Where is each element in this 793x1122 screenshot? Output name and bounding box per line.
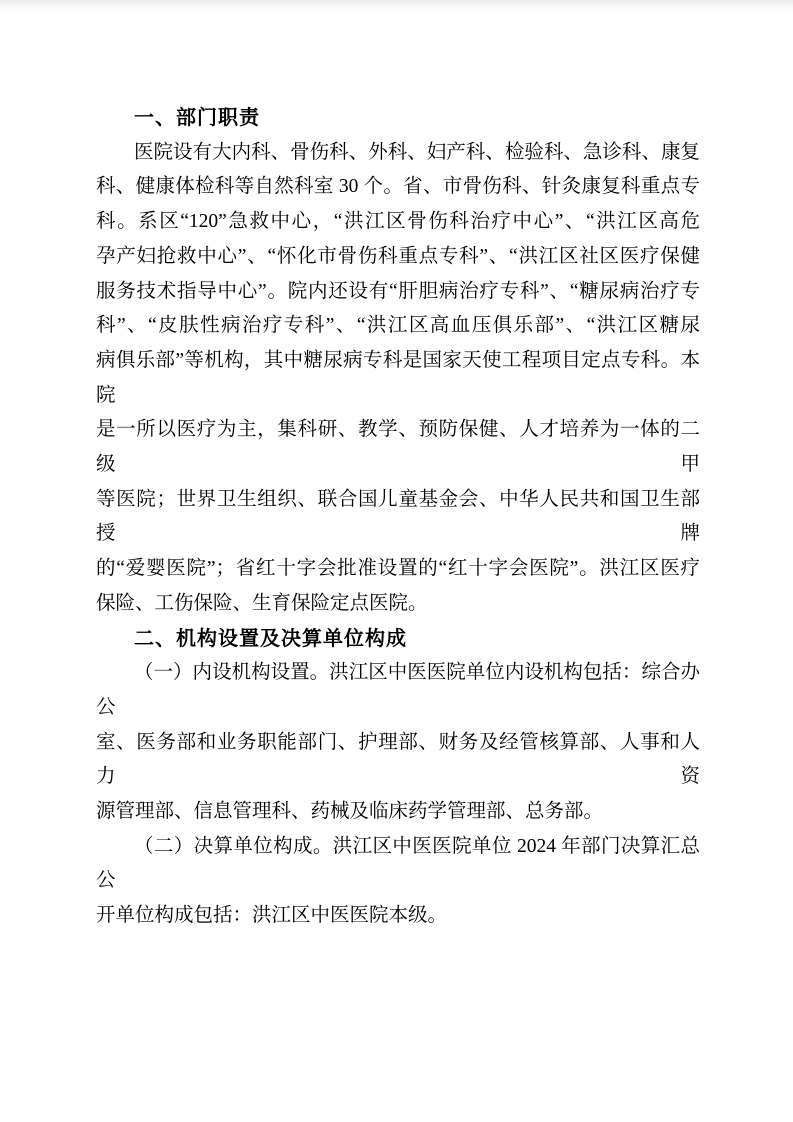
paragraph-line: 科、健康体检科等自然科室 30 个。省、市骨伤科、针灸康复科重点专 [96, 170, 700, 205]
paragraph-line: 孕产妇抢救中心”、“怀化市骨伤科重点专科”、“洪江区社区医疗保健 [96, 240, 700, 275]
paragraph-line: 保险、工伤保险、生育保险定点医院。 [96, 587, 700, 622]
paragraph-line: 科”、“皮肤性病治疗专科”、“洪江区高血压俱乐部”、“洪江区糖尿 [96, 309, 700, 344]
section-heading-org-structure: 二、机构设置及决算单位构成 [96, 622, 700, 657]
paragraph-line: 病俱乐部”等机构，其中糖尿病专科是国家天使工程项目定点专科。本院 [96, 344, 700, 413]
paragraph-line: （一）内设机构设置。洪江区中医医院单位内设机构包括：综合办公 [96, 656, 700, 725]
paragraph-line: 开单位构成包括：洪江区中医医院本级。 [96, 899, 700, 934]
paragraph-line: 源管理部、信息管理科、药械及临床药学管理部、总务部。 [96, 795, 700, 830]
paragraph-line: 科。系区“120”急救中心，“洪江区骨伤科治疗中心”、“洪江区高危 [96, 205, 700, 240]
document-content: 一、部门职责 医院设有大内科、骨伤科、外科、妇产科、检验科、急诊科、康复 科、健… [96, 101, 700, 934]
document-page: 一、部门职责 医院设有大内科、骨伤科、外科、妇产科、检验科、急诊科、康复 科、健… [0, 0, 793, 1122]
scan-edge-shading [0, 0, 793, 10]
paragraph-line: 室、医务部和业务职能部门、护理部、财务及经管核算部、人事和人力资 [96, 726, 700, 795]
paragraph-line: 的“爱婴医院”；省红十字会批准设置的“红十字会医院”。洪江区医疗 [96, 552, 700, 587]
paragraph-line: （二）决算单位构成。洪江区中医医院单位 2024 年部门决算汇总公 [96, 830, 700, 899]
paragraph-line: 等医院；世界卫生组织、联合国儿童基金会、中华人民共和国卫生部授牌 [96, 483, 700, 552]
paragraph-line: 是一所以医疗为主，集科研、教学、预防保健、人才培养为一体的二级甲 [96, 413, 700, 482]
paragraph-line: 服务技术指导中心”。院内还设有“肝胆病治疗专科”、“糖尿病治疗专 [96, 275, 700, 310]
paragraph-line: 医院设有大内科、骨伤科、外科、妇产科、检验科、急诊科、康复 [96, 136, 700, 171]
section-heading-department-duties: 一、部门职责 [96, 101, 700, 136]
